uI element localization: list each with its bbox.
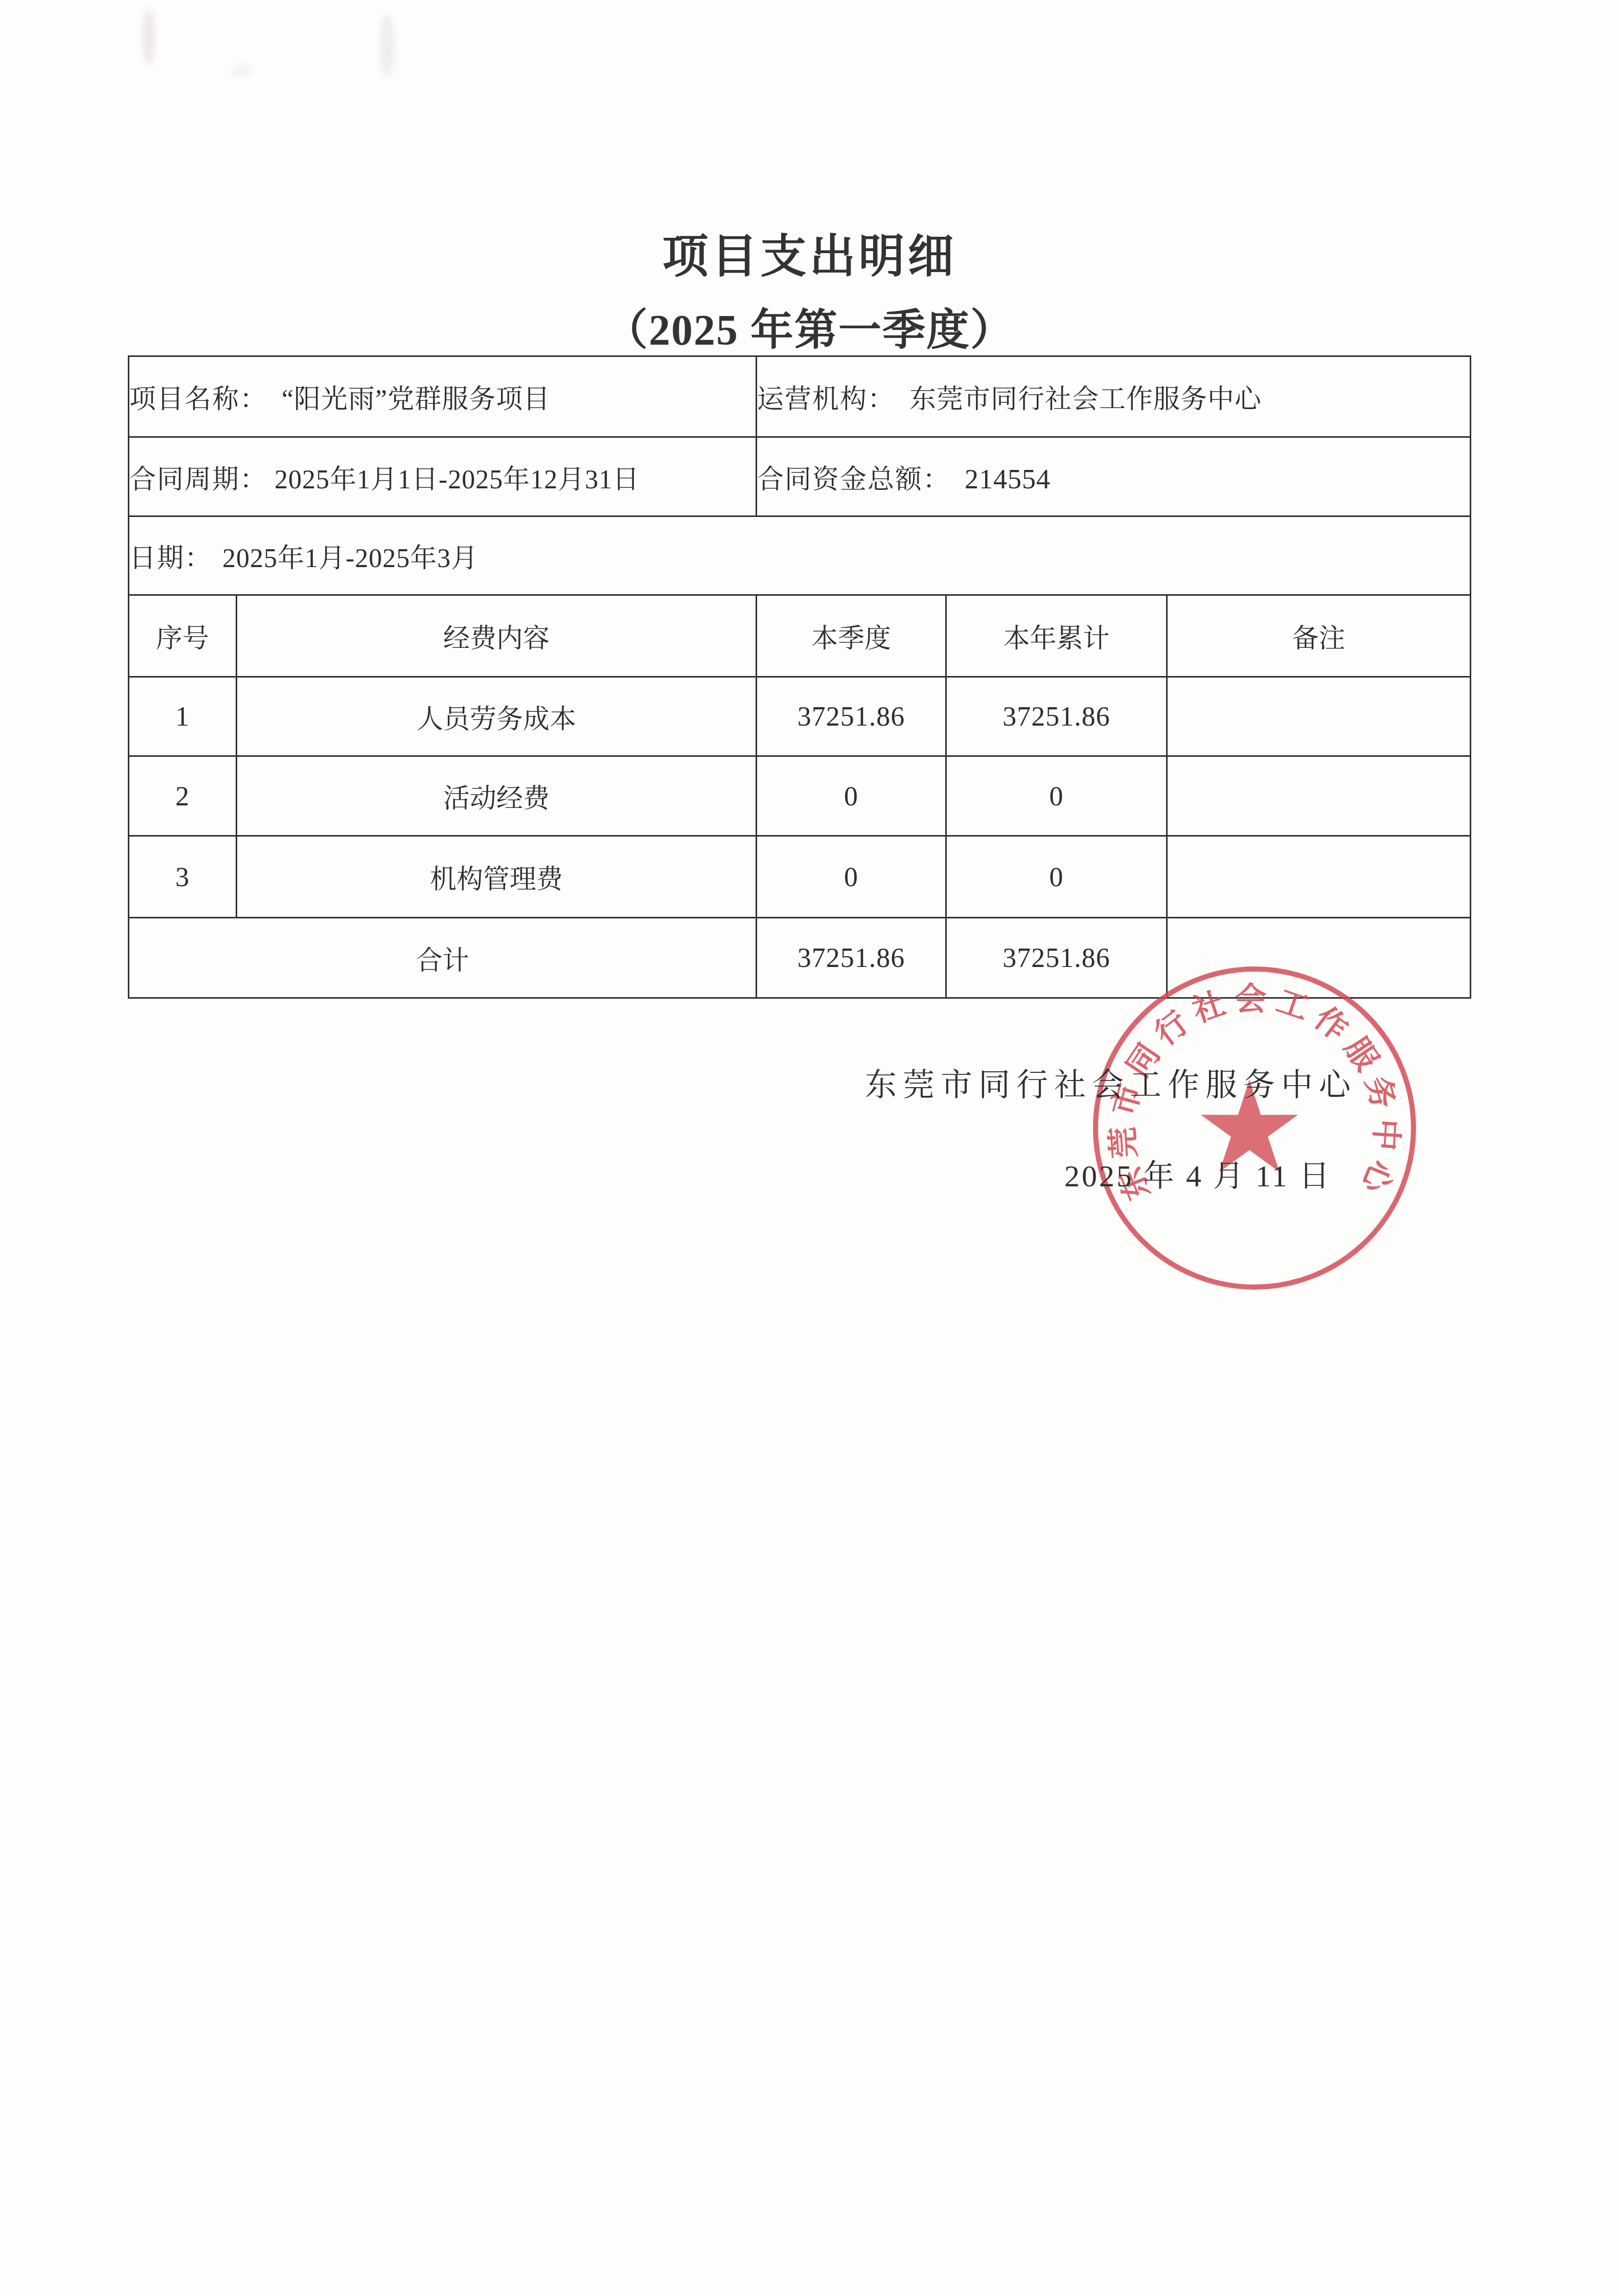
table-row: 合同周期：2025年1月1日-2025年12月31日 合同资金总额：214554 — [129, 437, 1471, 516]
row-no: 3 — [129, 836, 237, 918]
table-row: 项目名称：“阳光雨”党群服务项目 运营机构：东莞市同行社会工作服务中心 — [129, 356, 1471, 437]
contract-period-value: 2025年1月1日-2025年12月31日 — [275, 465, 640, 494]
row-quarter: 0 — [757, 836, 946, 918]
contract-total-value: 214554 — [965, 464, 1051, 494]
row-ytd: 0 — [946, 836, 1167, 918]
row-no: 2 — [129, 756, 237, 836]
table-row: 2 活动经费 0 0 — [129, 756, 1471, 836]
operator-value: 东莞市同行社会工作服务中心 — [909, 385, 1262, 414]
row-no: 1 — [129, 677, 237, 756]
header-ytd: 本年累计 — [946, 595, 1167, 677]
header-note: 备注 — [1167, 595, 1471, 677]
row-ytd: 0 — [946, 756, 1167, 836]
project-name-label: 项目名称： — [129, 385, 267, 414]
contract-total-label: 合同资金总额： — [757, 465, 950, 494]
date-cell: 日期：2025年1月-2025年3月 — [129, 516, 1471, 595]
note-cell — [1167, 836, 1471, 918]
signature-date: 2025 年 4 月 11 日 — [1064, 1152, 1332, 1196]
project-name-cell: 项目名称：“阳光雨”党群服务项目 — [129, 356, 757, 437]
scan-smudge — [231, 65, 252, 77]
row-item: 人员劳务成本 — [237, 677, 757, 756]
note-cell — [1167, 756, 1471, 836]
table-row: 3 机构管理费 0 0 — [129, 836, 1471, 918]
contract-period-cell: 合同周期：2025年1月1日-2025年12月31日 — [129, 437, 757, 516]
header-quarter: 本季度 — [757, 595, 946, 677]
header-no: 序号 — [129, 595, 237, 677]
date-value: 2025年1月-2025年3月 — [222, 544, 478, 573]
header-item: 经费内容 — [237, 595, 757, 677]
contract-total-cell: 合同资金总额：214554 — [757, 437, 1471, 516]
row-ytd: 37251.86 — [946, 677, 1167, 756]
row-quarter: 0 — [757, 756, 946, 836]
contract-period-label: 合同周期： — [129, 465, 267, 494]
total-quarter: 37251.86 — [757, 918, 946, 998]
table-row: 1 人员劳务成本 37251.86 37251.86 — [129, 677, 1471, 756]
table-header-row: 序号 经费内容 本季度 本年累计 备注 — [129, 595, 1471, 677]
row-item: 机构管理费 — [237, 836, 757, 918]
row-quarter: 37251.86 — [757, 677, 946, 756]
operator-label: 运营机构： — [757, 385, 895, 414]
expenditure-table: 项目名称：“阳光雨”党群服务项目 运营机构：东莞市同行社会工作服务中心 合同周期… — [128, 355, 1471, 999]
row-item: 活动经费 — [237, 756, 757, 836]
date-label: 日期： — [129, 544, 212, 573]
scan-smudge — [142, 9, 155, 65]
signature-org: 东莞市同行社会工作服务中心 — [865, 1060, 1357, 1105]
scan-smudge — [379, 14, 395, 76]
operator-cell: 运营机构：东莞市同行社会工作服务中心 — [757, 356, 1471, 437]
page-subtitle: （2025 年第一季度） — [0, 296, 1619, 357]
page-title: 项目支出明细 — [0, 219, 1619, 285]
note-cell — [1167, 677, 1471, 756]
project-name-value: “阳光雨”党群服务项目 — [282, 385, 550, 414]
total-label: 合计 — [129, 918, 757, 998]
red-official-seal: 东莞市同行社会工作服务中心 — [1084, 957, 1425, 1299]
scanned-document-page: 项目支出明细 （2025 年第一季度） 项目名称：“阳光雨”党群服务项目 运营机… — [0, 0, 1619, 2296]
table-row: 日期：2025年1月-2025年3月 — [129, 516, 1471, 595]
